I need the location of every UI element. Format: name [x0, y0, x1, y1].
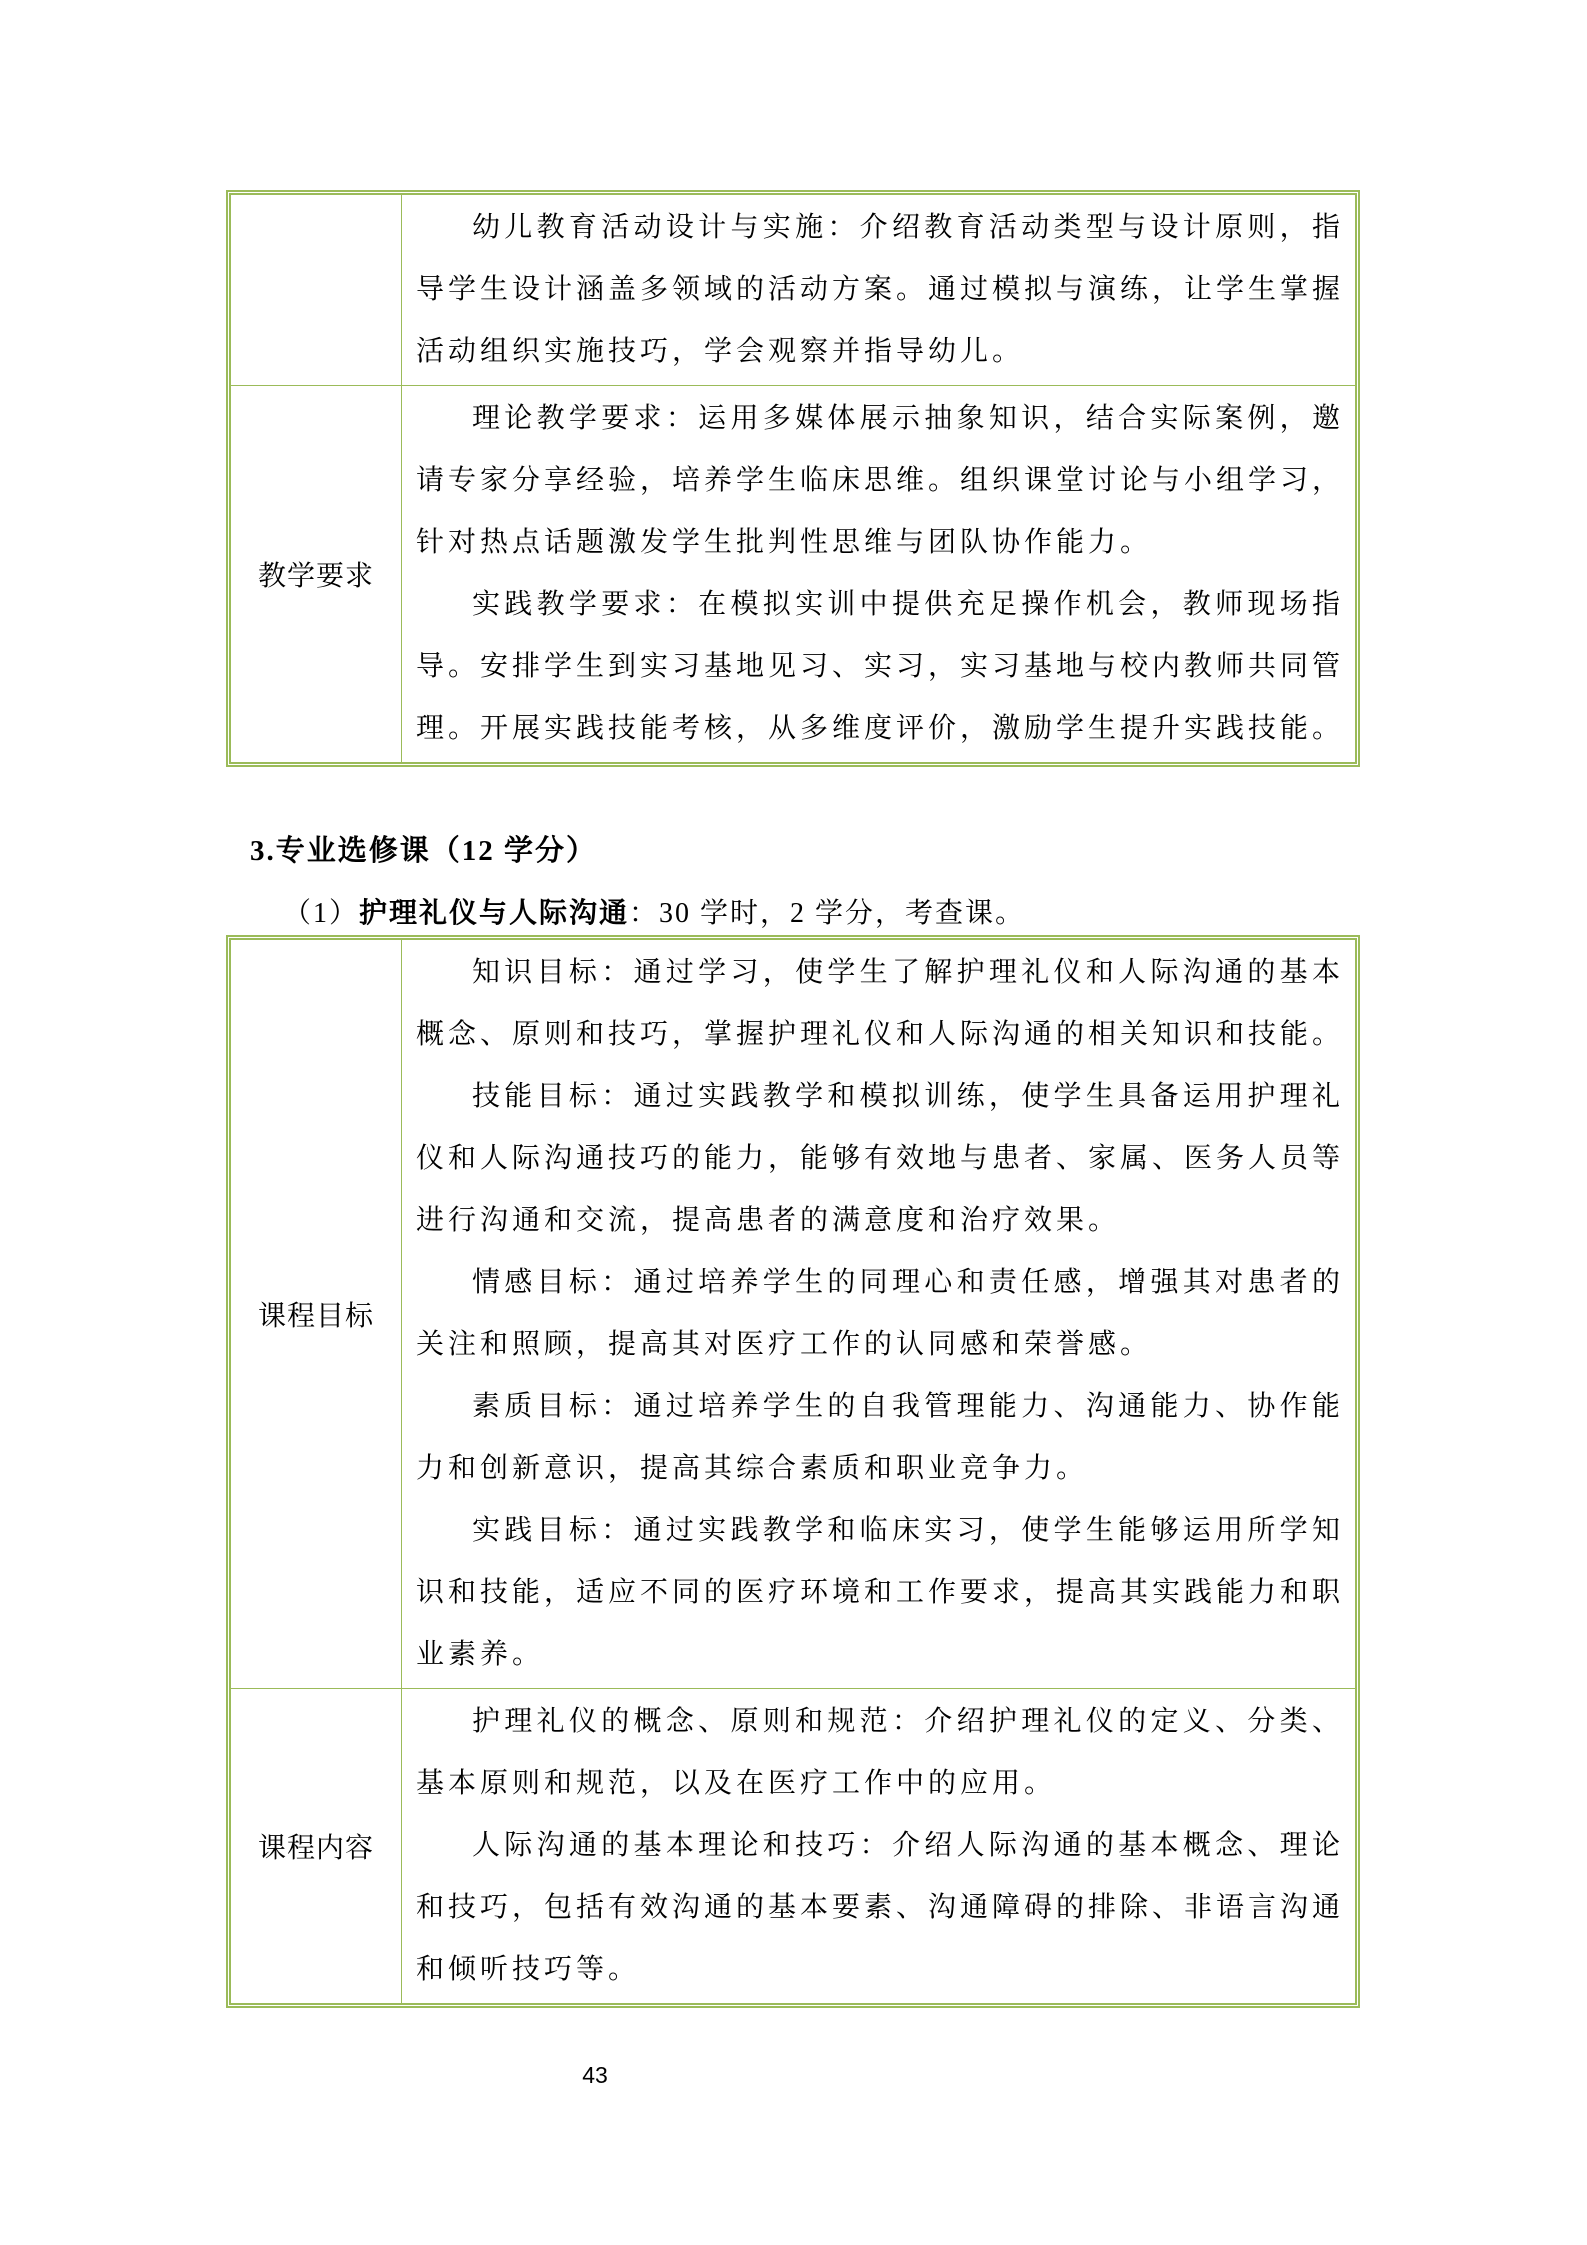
row-content: 幼儿教育活动设计与实施：介绍教育活动类型与设计原则，指导学生设计涵盖多领域的活动…	[402, 195, 1355, 385]
content-paragraph: 人际沟通的基本理论和技巧：介绍人际沟通的基本概念、理论和技巧，包括有效沟通的基本…	[416, 1815, 1344, 2001]
table-row: 课程内容 护理礼仪的概念、原则和规范：介绍护理礼仪的定义、分类、基本原则和规范，…	[231, 1688, 1355, 2003]
content-paragraph: 理论教学要求：运用多媒体展示抽象知识，结合实际案例，邀请专家分享经验，培养学生临…	[416, 388, 1344, 574]
row-content: 理论教学要求：运用多媒体展示抽象知识，结合实际案例，邀请专家分享经验，培养学生临…	[402, 386, 1355, 762]
table-row: 幼儿教育活动设计与实施：介绍教育活动类型与设计原则，指导学生设计涵盖多领域的活动…	[231, 195, 1355, 385]
course-item-prefix: （1）	[283, 898, 359, 929]
content-paragraph: 护理礼仪的概念、原则和规范：介绍护理礼仪的定义、分类、基本原则和规范，以及在医疗…	[416, 1691, 1344, 1815]
content-paragraph: 实践目标：通过实践教学和临床实习，使学生能够运用所学知识和技能，适应不同的医疗环…	[416, 1500, 1344, 1686]
row-label-course-objectives: 课程目标	[231, 940, 402, 1688]
document-page: 幼儿教育活动设计与实施：介绍教育活动类型与设计原则，指导学生设计涵盖多领域的活动…	[0, 0, 1587, 2245]
row-content: 护理礼仪的概念、原则和规范：介绍护理礼仪的定义、分类、基本原则和规范，以及在医疗…	[402, 1689, 1355, 2003]
course-item-name: 护理礼仪与人际沟通	[359, 898, 629, 929]
section-heading: 3.专业选修课（12 学分）	[250, 828, 597, 869]
page-number: 43	[560, 2062, 630, 2089]
content-paragraph: 知识目标：通过学习，使学生了解护理礼仪和人际沟通的基本概念、原则和技巧，掌握护理…	[416, 942, 1344, 1066]
content-paragraph: 情感目标：通过培养学生的同理心和责任感，增强其对患者的关注和照顾，提高其对医疗工…	[416, 1252, 1344, 1376]
course-detail-table: 课程目标 知识目标：通过学习，使学生了解护理礼仪和人际沟通的基本概念、原则和技巧…	[226, 935, 1360, 2008]
teaching-requirements-table: 幼儿教育活动设计与实施：介绍教育活动类型与设计原则，指导学生设计涵盖多领域的活动…	[226, 190, 1360, 767]
table-row: 教学要求 理论教学要求：运用多媒体展示抽象知识，结合实际案例，邀请专家分享经验，…	[231, 385, 1355, 762]
course-item-details: ：30 学时，2 学分，考查课。	[629, 898, 1025, 929]
content-paragraph: 技能目标：通过实践教学和模拟训练，使学生具备运用护理礼仪和人际沟通技巧的能力，能…	[416, 1066, 1344, 1252]
row-label-course-content: 课程内容	[231, 1689, 402, 2003]
row-content: 知识目标：通过学习，使学生了解护理礼仪和人际沟通的基本概念、原则和技巧，掌握护理…	[402, 940, 1355, 1688]
content-paragraph: 实践教学要求：在模拟实训中提供充足操作机会，教师现场指导。安排学生到实习基地见习…	[416, 574, 1344, 760]
course-item-line: （1）护理礼仪与人际沟通：30 学时，2 学分，考查课。	[283, 891, 1025, 931]
content-paragraph: 素质目标：通过培养学生的自我管理能力、沟通能力、协作能力和创新意识，提高其综合素…	[416, 1376, 1344, 1500]
row-label-empty	[231, 195, 402, 385]
content-paragraph: 幼儿教育活动设计与实施：介绍教育活动类型与设计原则，指导学生设计涵盖多领域的活动…	[416, 197, 1344, 383]
row-label-teaching-requirements: 教学要求	[231, 386, 402, 762]
table-row: 课程目标 知识目标：通过学习，使学生了解护理礼仪和人际沟通的基本概念、原则和技巧…	[231, 940, 1355, 1688]
